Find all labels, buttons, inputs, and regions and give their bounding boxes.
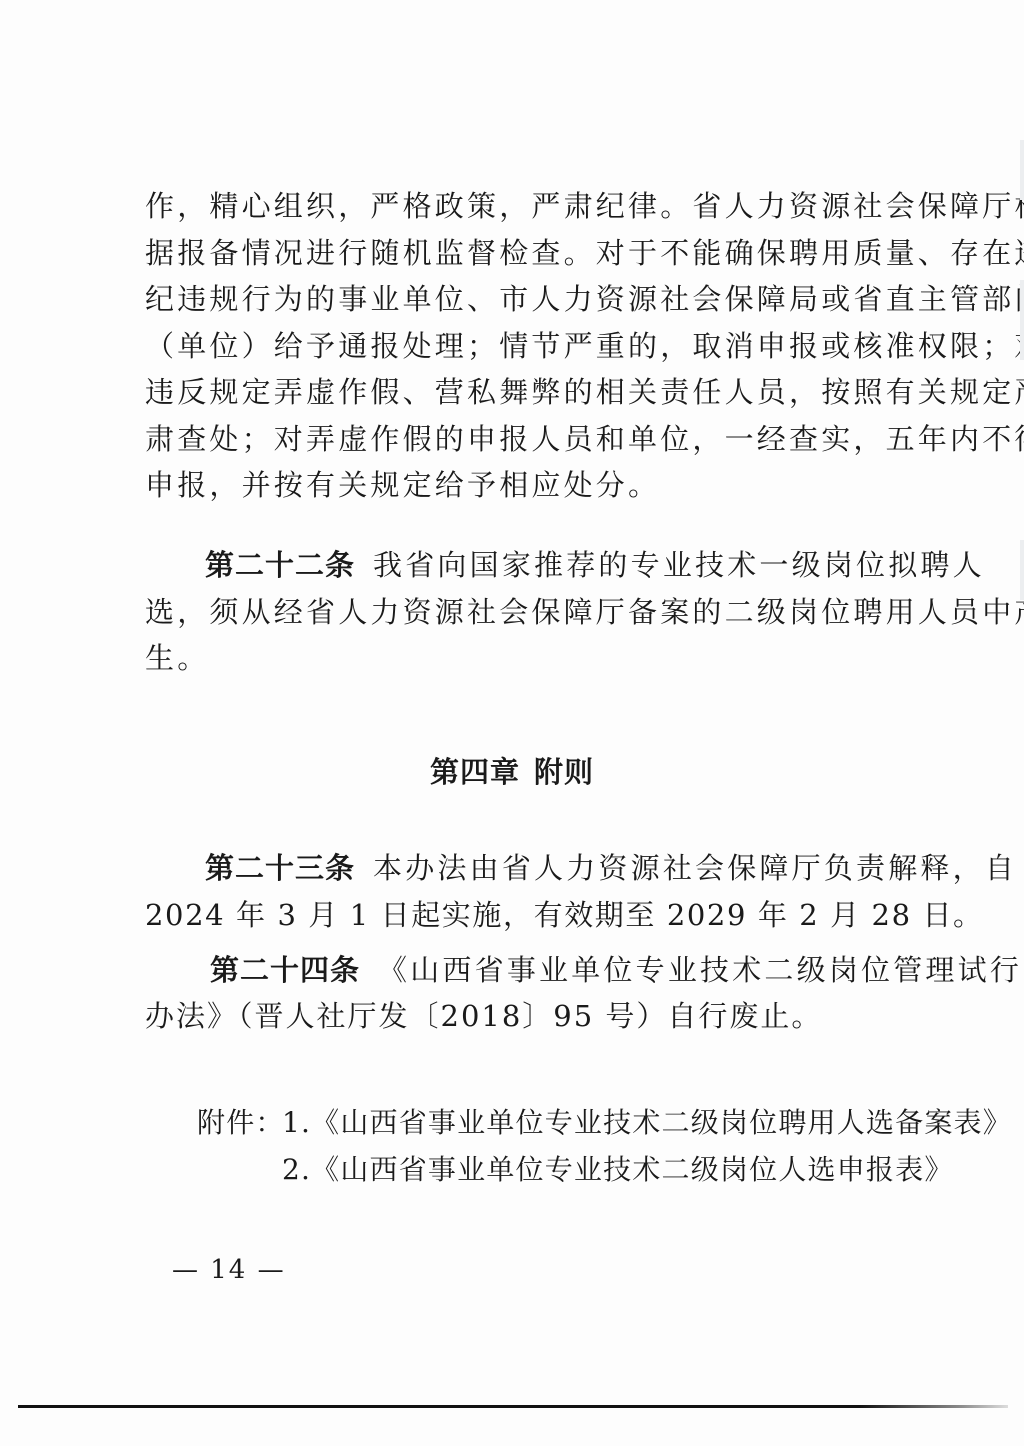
paragraph-line: （单位）给予通报处理；情节严重的，取消申报或核准权限；对 — [145, 326, 915, 366]
article-number: 第二十四条 — [210, 953, 360, 987]
scan-artifact — [1020, 140, 1024, 200]
paragraph-line: 违反规定弄虚作假、营私舞弊的相关责任人员，按照有关规定严 — [145, 372, 915, 412]
scan-artifact — [1020, 280, 1024, 360]
paragraph-line: 选，须从经省人力资源社会保障厅备案的二级岗位聘用人员中产 — [145, 592, 915, 632]
article-number: 第二十三条 — [205, 851, 355, 885]
chapter-number: 第四章 — [430, 755, 520, 789]
article-text: 《山西省事业单位专业技术二级岗位管理试行 — [378, 953, 1022, 987]
bottom-rule — [18, 1405, 1008, 1408]
paragraph-line: 纪违规行为的事业单位、市人力资源社会保障局或省直主管部门 — [145, 279, 915, 319]
article-22: 第二十二条我省向国家推荐的专业技术一级岗位拟聘人 — [205, 545, 915, 585]
scan-artifact — [1020, 540, 1024, 600]
article-number: 第二十二条 — [205, 548, 355, 582]
document-page: 作，精心组织，严格政策，严肃纪律。省人力资源社会保障厅根 据报备情况进行随机监督… — [0, 0, 1024, 1446]
attachment-item: 2.《山西省事业单位专业技术二级岗位人选申报表》 — [282, 1150, 954, 1190]
paragraph-line: 肃查处；对弄虚作假的申报人员和单位，一经查实，五年内不得 — [145, 419, 915, 459]
paragraph-line: 生。 — [145, 638, 915, 678]
paragraph-line: 作，精心组织，严格政策，严肃纪律。省人力资源社会保障厅根 — [145, 186, 915, 226]
page-number: — 14 — — [172, 1252, 286, 1288]
chapter-heading: 第四章附则 — [0, 752, 1024, 792]
chapter-title: 附则 — [534, 755, 594, 789]
attachment-item: 1.《山西省事业单位专业技术二级岗位聘用人选备案表》 — [282, 1103, 1012, 1143]
paragraph-line: 2024 年 3 月 1 日起实施，有效期至 2029 年 2 月 28 日。 — [145, 895, 915, 935]
article-24: 第二十四条《山西省事业单位专业技术二级岗位管理试行 — [210, 950, 915, 990]
paragraph-line: 办法》（晋人社厅发〔2018〕95 号）自行废止。 — [145, 996, 915, 1036]
article-23: 第二十三条本办法由省人力资源社会保障厅负责解释，自 — [205, 848, 915, 888]
article-text: 本办法由省人力资源社会保障厅负责解释，自 — [373, 851, 1017, 885]
paragraph-line: 据报备情况进行随机监督检查。对于不能确保聘用质量、存在违 — [145, 233, 915, 273]
paragraph-line: 申报，并按有关规定给予相应处分。 — [145, 465, 915, 505]
attachments-label: 附件： — [197, 1103, 285, 1143]
article-text: 我省向国家推荐的专业技术一级岗位拟聘人 — [373, 548, 985, 582]
